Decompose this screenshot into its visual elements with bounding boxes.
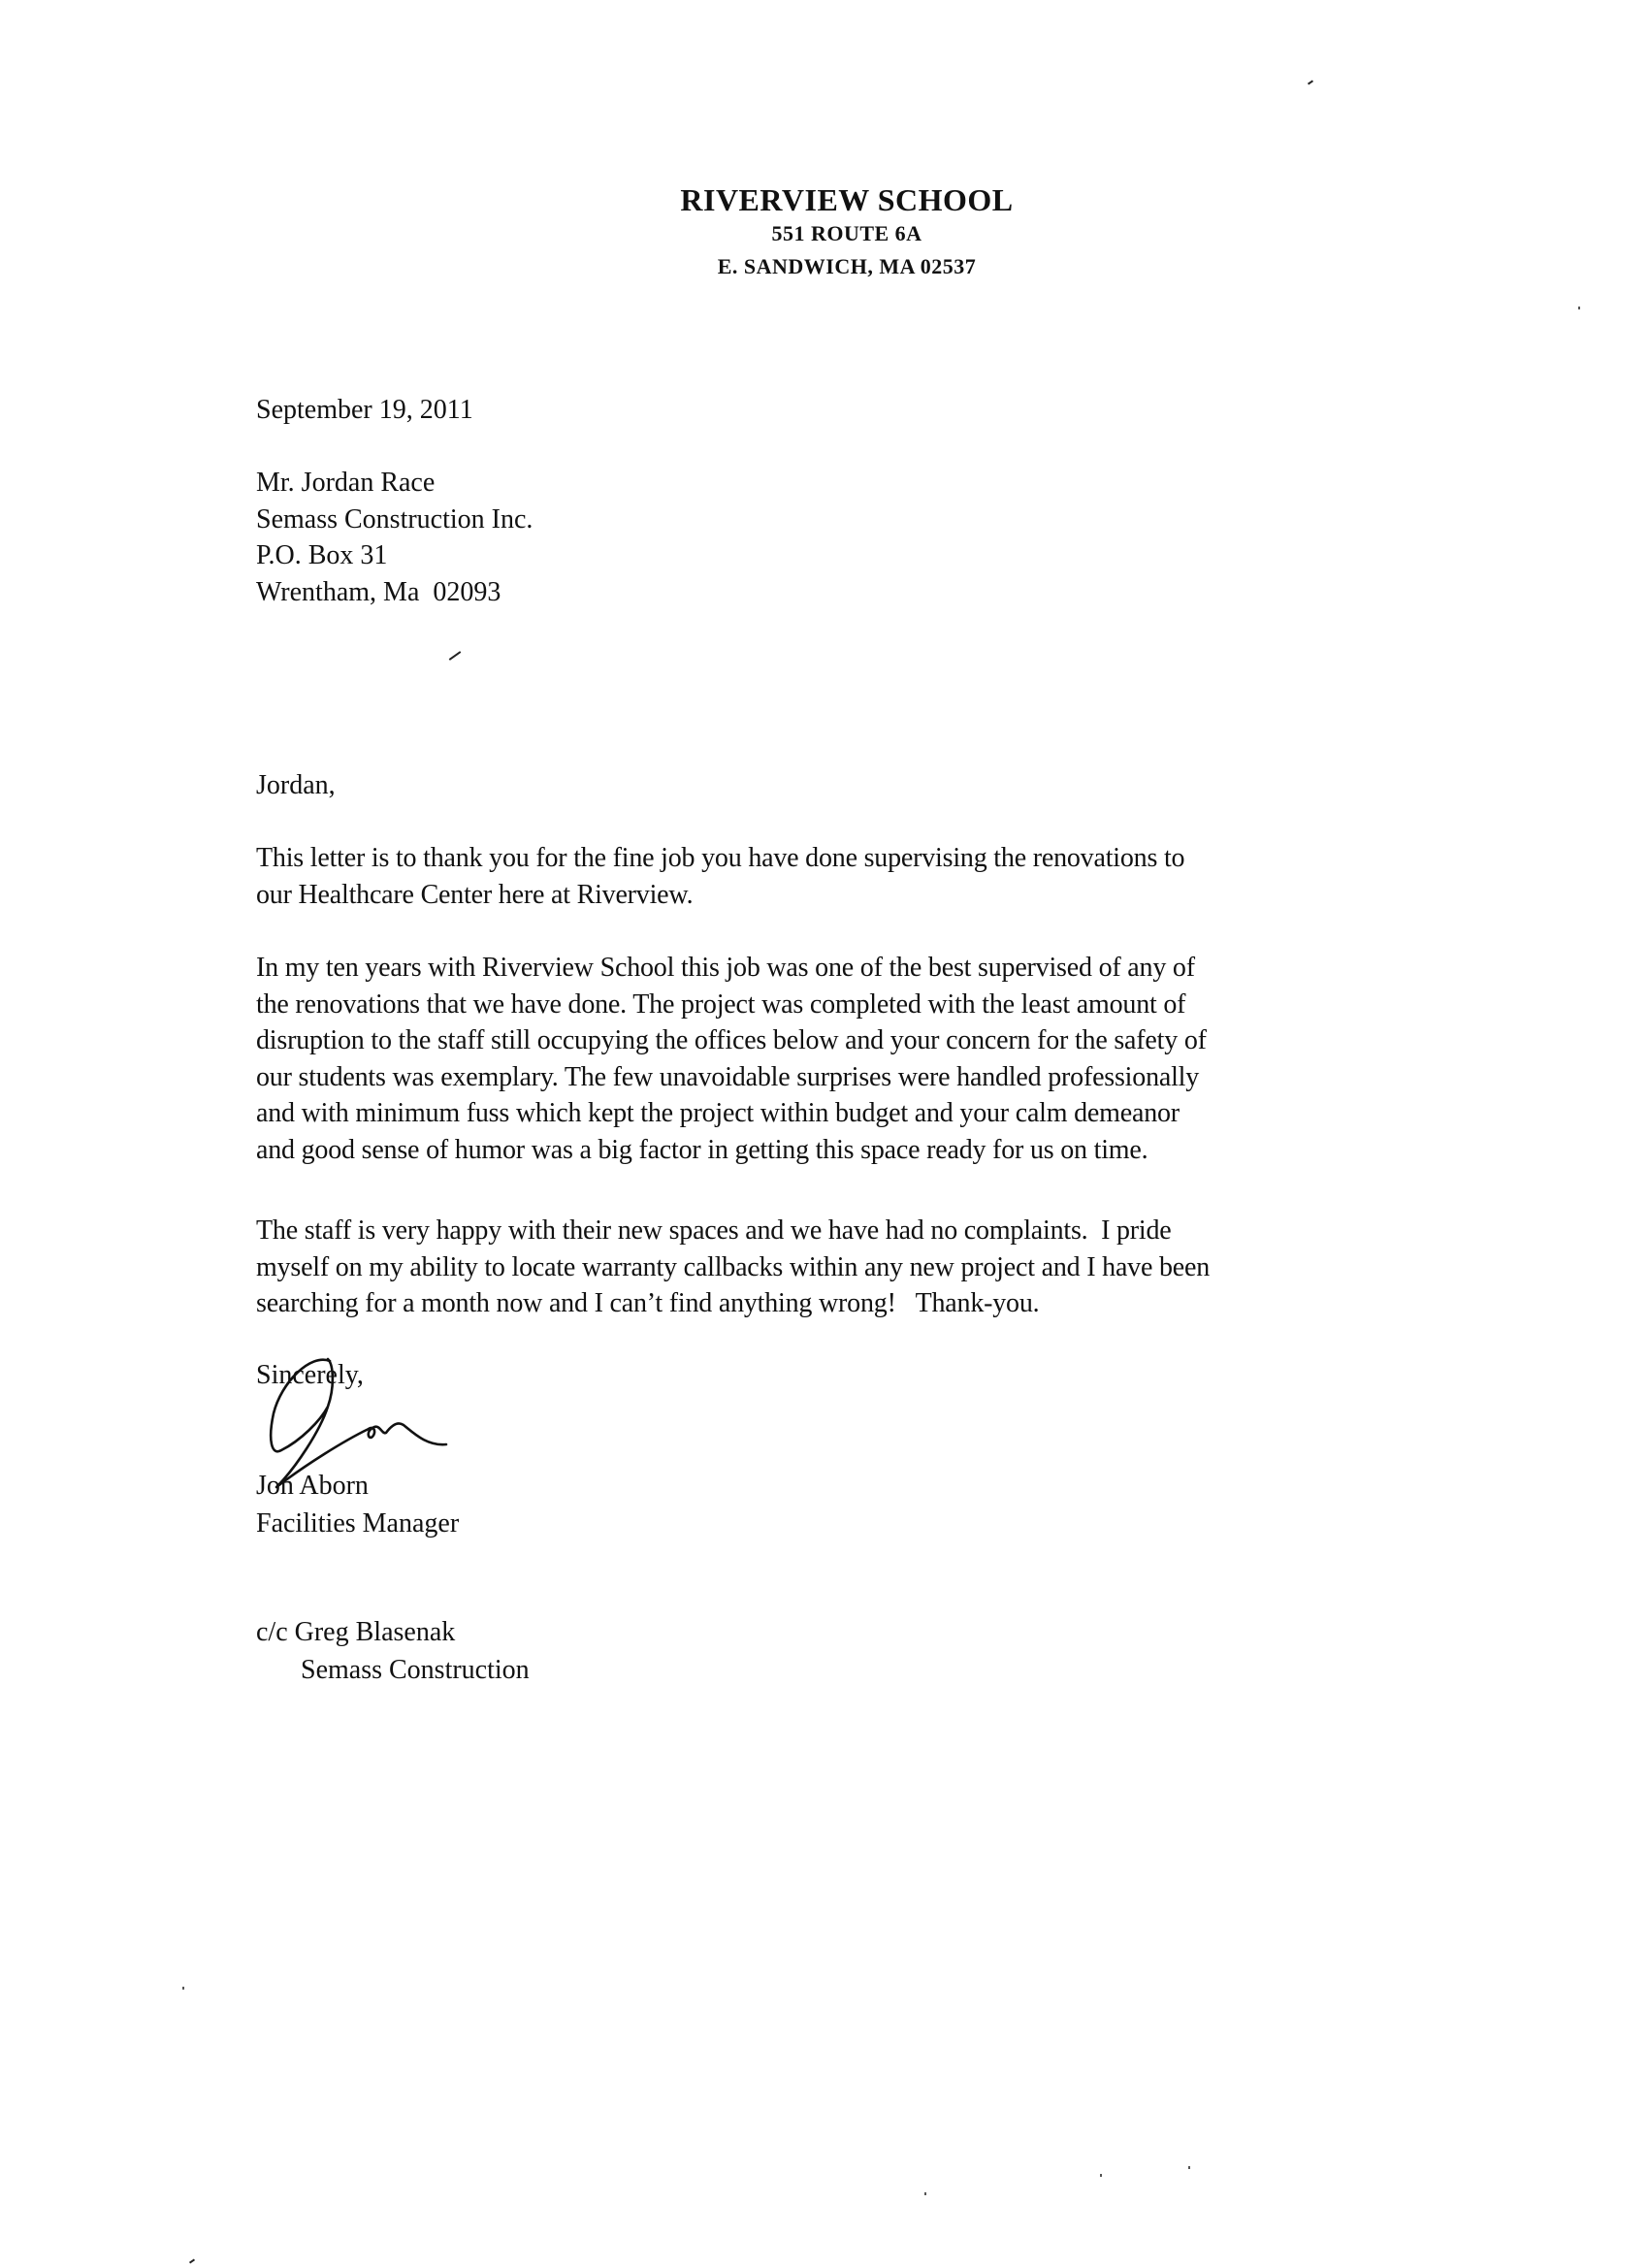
letterhead-address-line2: E. SANDWICH, MA 02537 — [0, 254, 1649, 279]
paragraph-line: searching for a month now and I can’t fi… — [256, 1285, 1439, 1322]
letter-page: RIVERVIEW SCHOOL 551 ROUTE 6A E. SANDWIC… — [0, 0, 1649, 2268]
scan-mark — [189, 2258, 195, 2263]
paragraph-line: and good sense of humor was a big factor… — [256, 1132, 1439, 1169]
scan-mark — [1308, 80, 1313, 84]
scan-mark — [449, 651, 462, 661]
scan-mark — [1100, 2174, 1102, 2177]
paragraph-line: disruption to the staff still occupying … — [256, 1022, 1439, 1059]
paragraph-line: our Healthcare Center here at Riverview. — [256, 877, 1439, 914]
body-paragraph-3: The staff is very happy with their new s… — [256, 1213, 1439, 1322]
recipient-city-text: Wrentham, Ma 02093 — [256, 577, 501, 607]
body-paragraph-1: This letter is to thank you for the fine… — [256, 840, 1439, 913]
scan-mark — [182, 1987, 184, 1990]
recipient-name: Mr. Jordan Race — [256, 465, 435, 502]
letter-date: September 19, 2011 — [256, 392, 473, 429]
paragraph-line: our students was exemplary. The few unav… — [256, 1059, 1439, 1096]
scan-mark — [924, 2192, 926, 2195]
recipient-company: Semass Construction Inc. — [256, 502, 533, 538]
paragraph-line: In my ten years with Riverview School th… — [256, 950, 1439, 987]
scan-mark — [1188, 2166, 1190, 2169]
recipient-city-state-zip: Wrentham, Ma 02093 — [256, 574, 501, 611]
signer-title: Facilities Manager — [256, 1506, 459, 1542]
paragraph-line: myself on my ability to locate warranty … — [256, 1249, 1439, 1286]
signer-name: Jon Aborn — [256, 1468, 369, 1505]
salutation: Jordan, — [256, 767, 336, 804]
paragraph-line: and with minimum fuss which kept the pro… — [256, 1095, 1439, 1132]
scan-mark — [1578, 307, 1580, 309]
recipient-po-box: P.O. Box 31 — [256, 537, 387, 574]
paragraph-line: the renovations that we have done. The p… — [256, 987, 1439, 1023]
cc-line: c/c Greg Blasenak — [256, 1614, 455, 1651]
cc-company: Semass Construction — [301, 1652, 530, 1689]
letterhead-address-line1: 551 ROUTE 6A — [0, 221, 1649, 246]
letterhead-organization: RIVERVIEW SCHOOL — [0, 182, 1649, 218]
paragraph-line: The staff is very happy with their new s… — [256, 1213, 1439, 1249]
paragraph-line: This letter is to thank you for the fine… — [256, 840, 1439, 877]
body-paragraph-2: In my ten years with Riverview School th… — [256, 950, 1439, 1169]
